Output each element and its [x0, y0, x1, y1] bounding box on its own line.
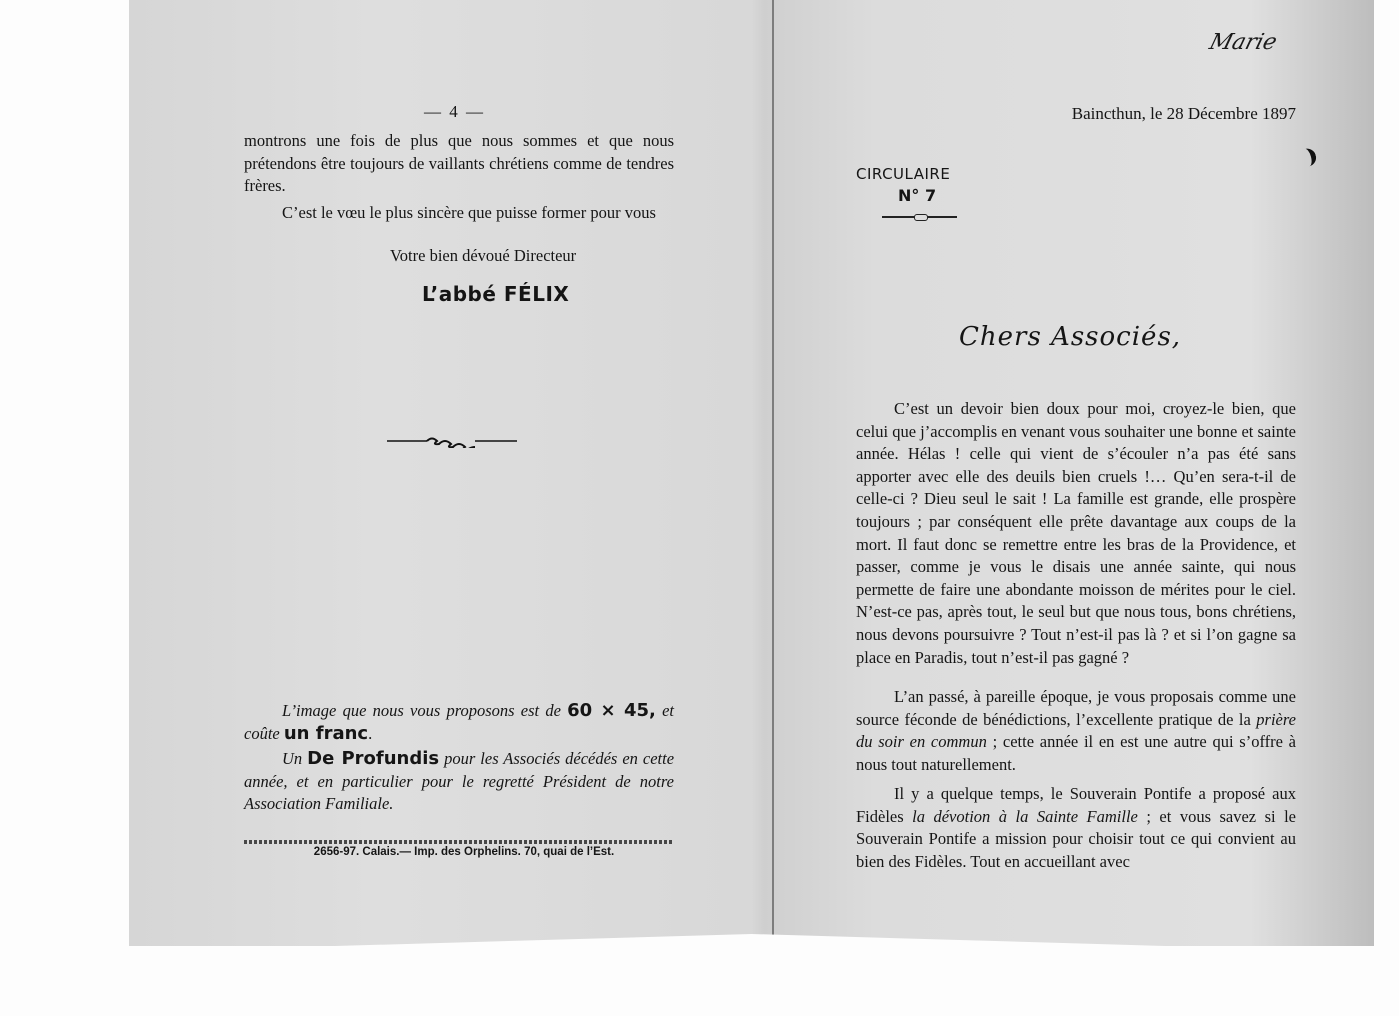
- image-price: un franc: [284, 723, 368, 744]
- emphasis: la dévotion à la Sainte Famille: [912, 807, 1138, 826]
- body-paragraph-1: C’est un devoir bien doux pour moi, croy…: [856, 398, 1296, 669]
- date-line: Baincthun, le 28 Décembre 1897: [1072, 104, 1296, 124]
- page-number: — 4 —: [424, 102, 485, 122]
- circular-label: CIRCULAIRE: [856, 165, 950, 183]
- left-page: — 4 — montrons une fois de plus que nous…: [244, 0, 674, 946]
- paragraph: montrons une fois de plus que nous somme…: [244, 130, 674, 198]
- right-page: Baincthun, le 28 Décembre 1897 CIRCULAIR…: [856, 0, 1296, 946]
- author-signature: L’abbé FÉLIX: [422, 282, 569, 306]
- body-paragraph-2: L’an passé, à pareille époque, je vous p…: [856, 686, 1296, 776]
- note-text: L’image que nous vous proposons est de: [282, 701, 561, 720]
- circular-rule: [882, 216, 957, 218]
- handwritten-name: Marie: [1207, 30, 1280, 55]
- imprint-rule: [244, 840, 674, 844]
- paragraph: C’est un devoir bien doux pour moi, croy…: [856, 398, 1296, 669]
- paragraph-text: L’an passé, à pareille époque, je vous p…: [856, 687, 1296, 729]
- circular-number: N° 7: [898, 186, 936, 205]
- closing-line: Votre bien dévoué Directeur: [390, 246, 576, 266]
- paragraph: C’est le vœu le plus sincère que puisse …: [244, 202, 674, 225]
- prayer-title: De Profundis: [307, 748, 439, 769]
- page-fold: [772, 0, 774, 946]
- closing-paragraph-block: montrons une fois de plus que nous somme…: [244, 130, 674, 224]
- body-paragraph-3: Il y a quelque temps, le Souverain Ponti…: [856, 783, 1296, 873]
- note-text: Un: [282, 749, 302, 768]
- greeting: Chers Associés,: [959, 322, 1181, 352]
- decorative-rule-icon: [387, 434, 517, 448]
- prayer-note: Un De Profundis pour les Associés décédé…: [244, 748, 674, 816]
- scanned-sheet: — 4 — montrons une fois de plus que nous…: [129, 0, 1374, 946]
- image-price-note: L’image que nous vous proposons est de 6…: [244, 700, 674, 745]
- image-dimensions: 60 × 45,: [567, 700, 656, 721]
- punctuation: .: [368, 724, 372, 743]
- printer-imprint: 2656-97. Calais.— Imp. des Orphelins. 70…: [284, 846, 644, 858]
